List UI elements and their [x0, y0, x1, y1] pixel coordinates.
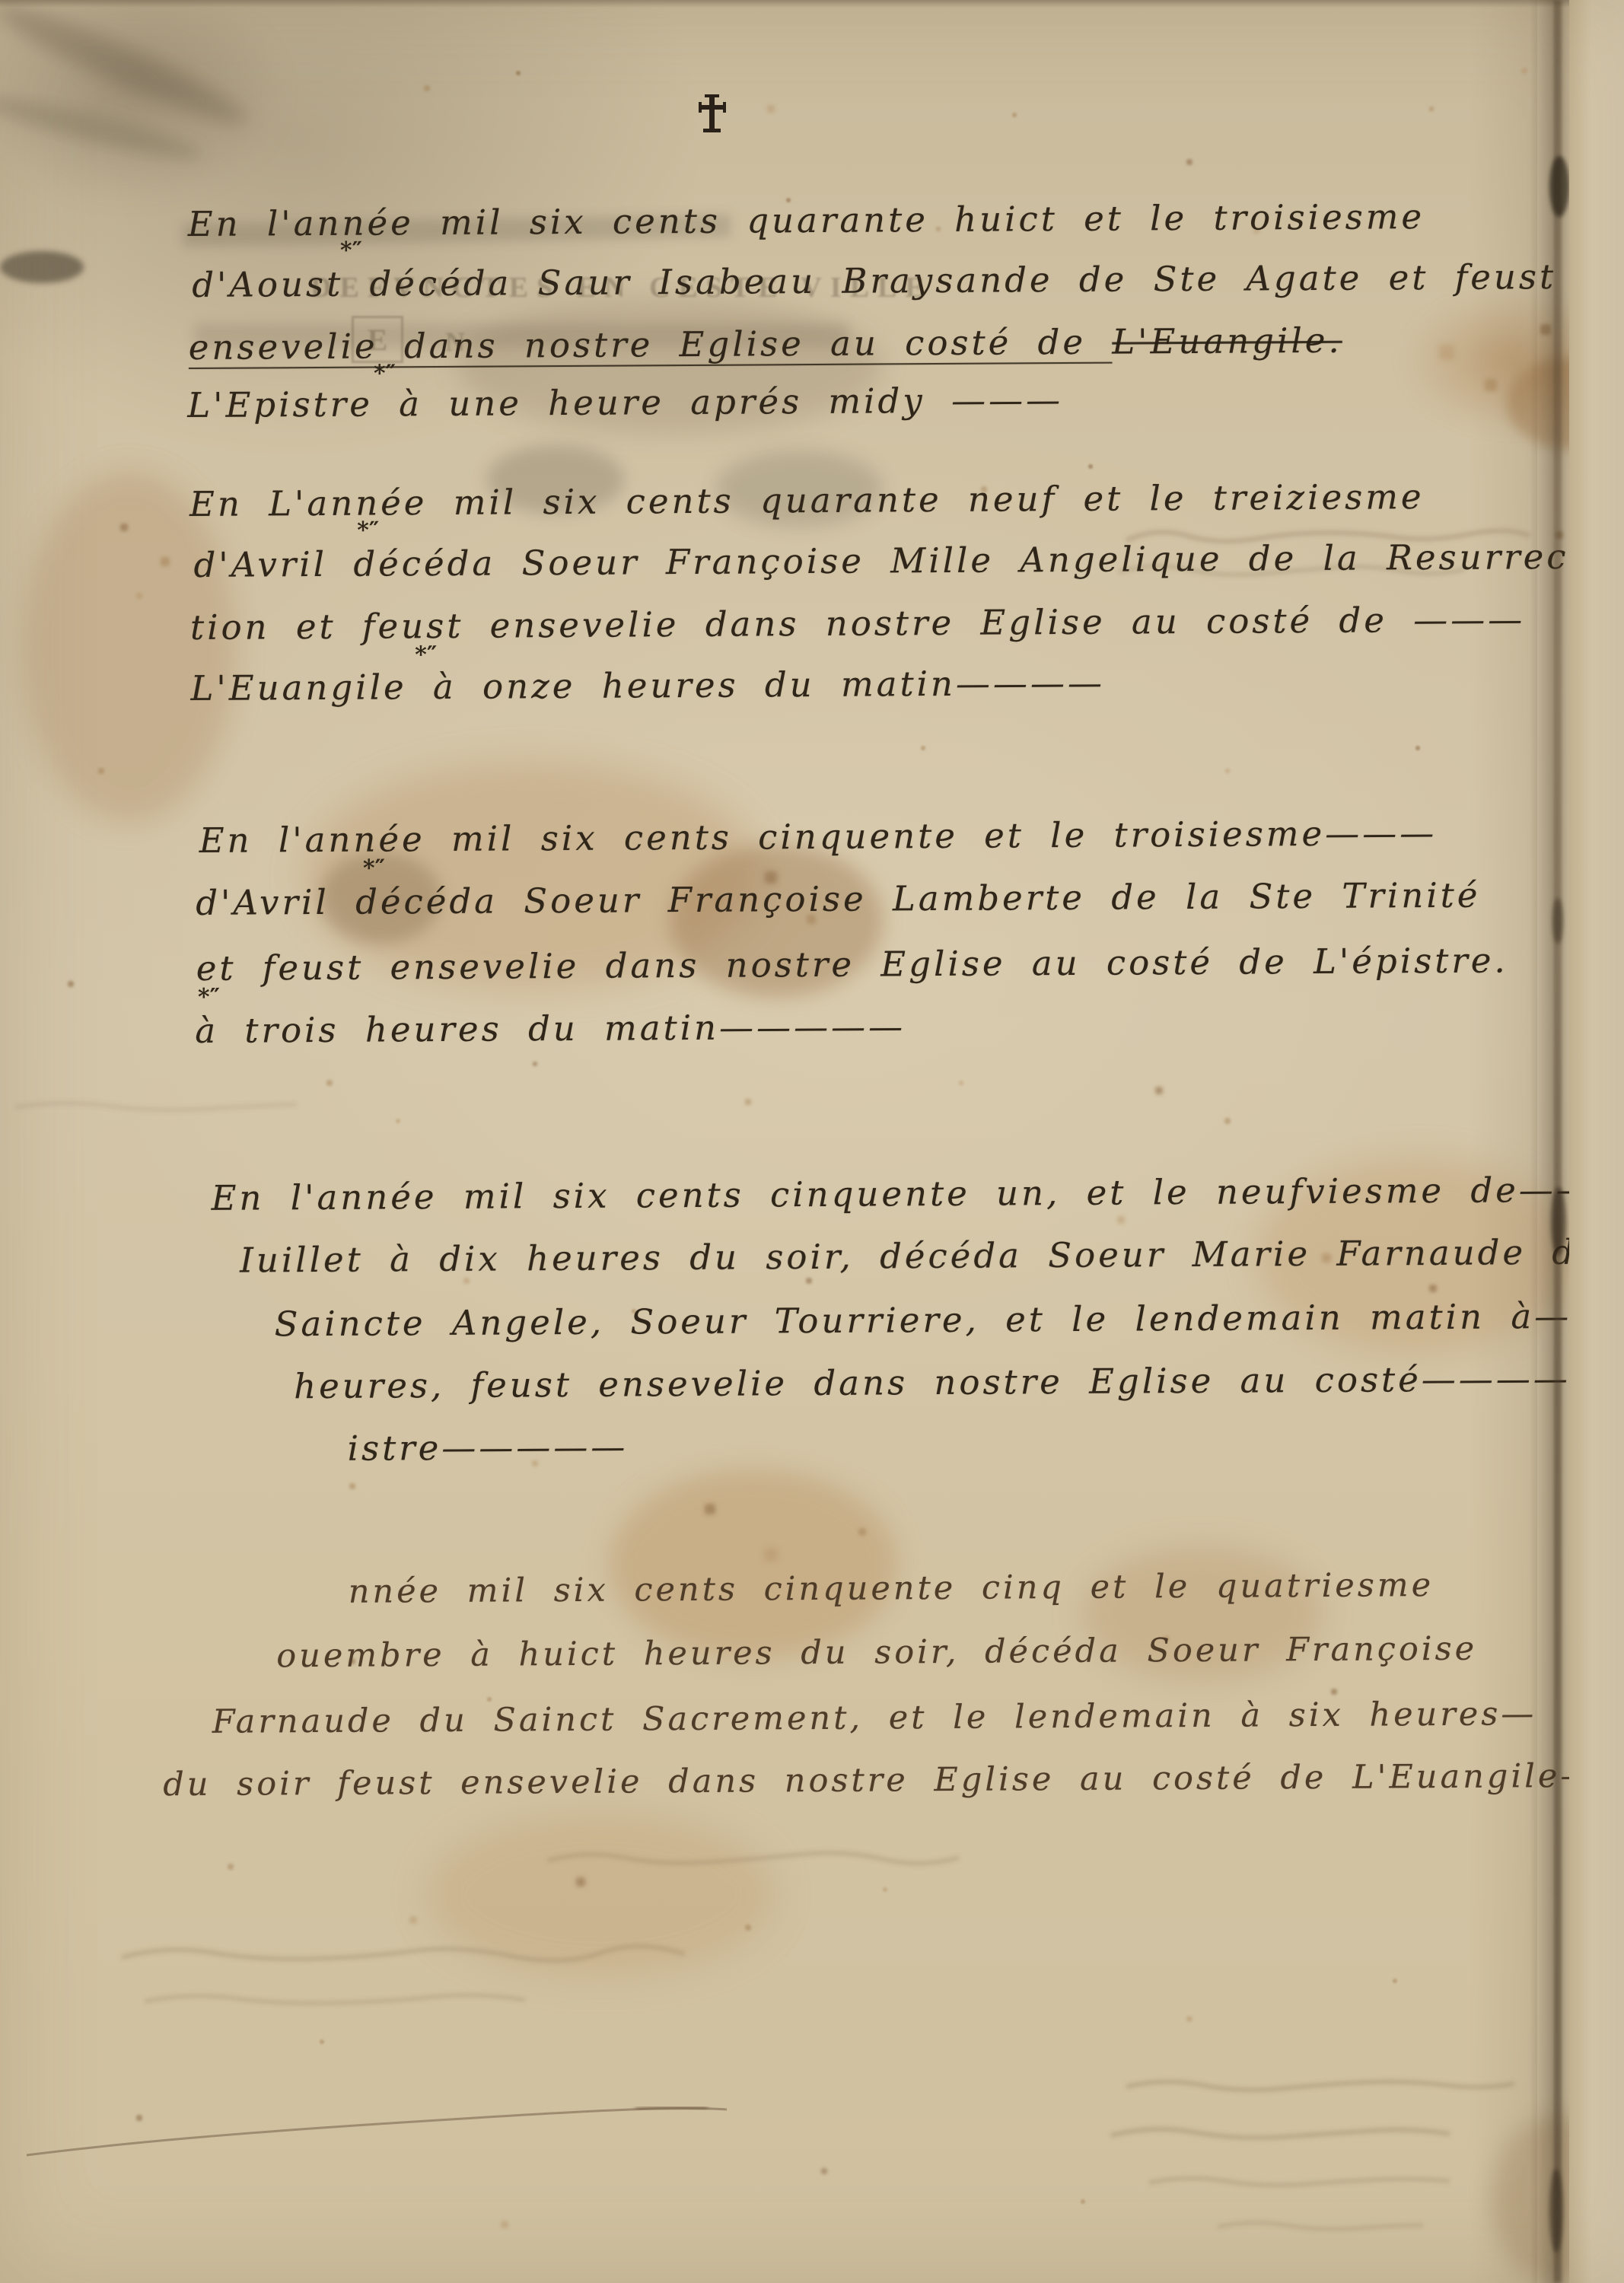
underlined-phrase: ensevelie dans nostre Eglise au costé de [189, 322, 1113, 368]
manuscript-line: ensevelie dans nostre Eglise au costé de… [189, 320, 1342, 370]
manuscript-line: istre————— [347, 1426, 628, 1471]
binding-crease-line [1554, 0, 1562, 2283]
manuscript-line: du soir feust ensevelie dans nostre Egli… [163, 1756, 1596, 1806]
manuscript-line: En l'année mil six cents quarante huict … [188, 196, 1425, 246]
manuscript-scan: DEFVNCTES EN CESTE VILLE E N [0, 0, 1624, 2283]
insertion-mark: *″ [198, 984, 220, 1011]
manuscript-line: d'Aoust décéda Saur Isabeau Braysande de… [192, 256, 1556, 307]
insertion-mark: *″ [363, 855, 385, 881]
manuscript-line: nnée mil six cents cinquente cinq et le … [349, 1565, 1435, 1613]
insertion-mark: *″ [357, 517, 379, 543]
handwriting-layer: En l'année mil six cents quarante huict … [0, 0, 1624, 2283]
foxing-spots [0, 0, 2, 2]
manuscript-line: à trois heures du matin————— [195, 1005, 906, 1052]
struck-word: L'Euangile. [1112, 320, 1342, 362]
manuscript-page: DEFVNCTES EN CESTE VILLE E N [0, 0, 1624, 2283]
manuscript-line: heures, feust ensevelie dans nostre Egli… [294, 1358, 1571, 1408]
manuscript-line: Saincte Angele, Soeur Tourriere, et le l… [274, 1294, 1624, 1345]
insertion-mark: *″ [374, 360, 396, 387]
binding-crease [1530, 0, 1575, 2283]
manuscript-line: ouembre à huict heures du soir, décéda S… [276, 1629, 1477, 1677]
manuscript-line: d'Avril décéda Soeur Françoise Lamberte … [196, 874, 1480, 925]
adjacent-page-edge [1569, 0, 1624, 2283]
insertion-mark: *″ [415, 642, 437, 668]
manuscript-line: tion et feust ensevelie dans nostre Egli… [190, 598, 1525, 649]
manuscript-line: et feust ensevelie dans nostre Eglise au… [196, 939, 1508, 990]
manuscript-line: Iuillet à dix heures du soir, décéda Soe… [240, 1231, 1624, 1282]
manuscript-line: L'Epistre à une heure aprés midy ——— [187, 379, 1063, 427]
manuscript-line: L'Euangile à onze heures du matin———— [190, 662, 1105, 711]
manuscript-line: En l'année mil six cents cinquente un, e… [211, 1168, 1624, 1220]
manuscript-line: d'Avril décéda Soeur Françoise Mille Ang… [193, 536, 1584, 587]
insertion-mark: *″ [340, 237, 362, 264]
manuscript-line: Farnaude du Sainct Sacrement, et le lend… [212, 1694, 1537, 1743]
